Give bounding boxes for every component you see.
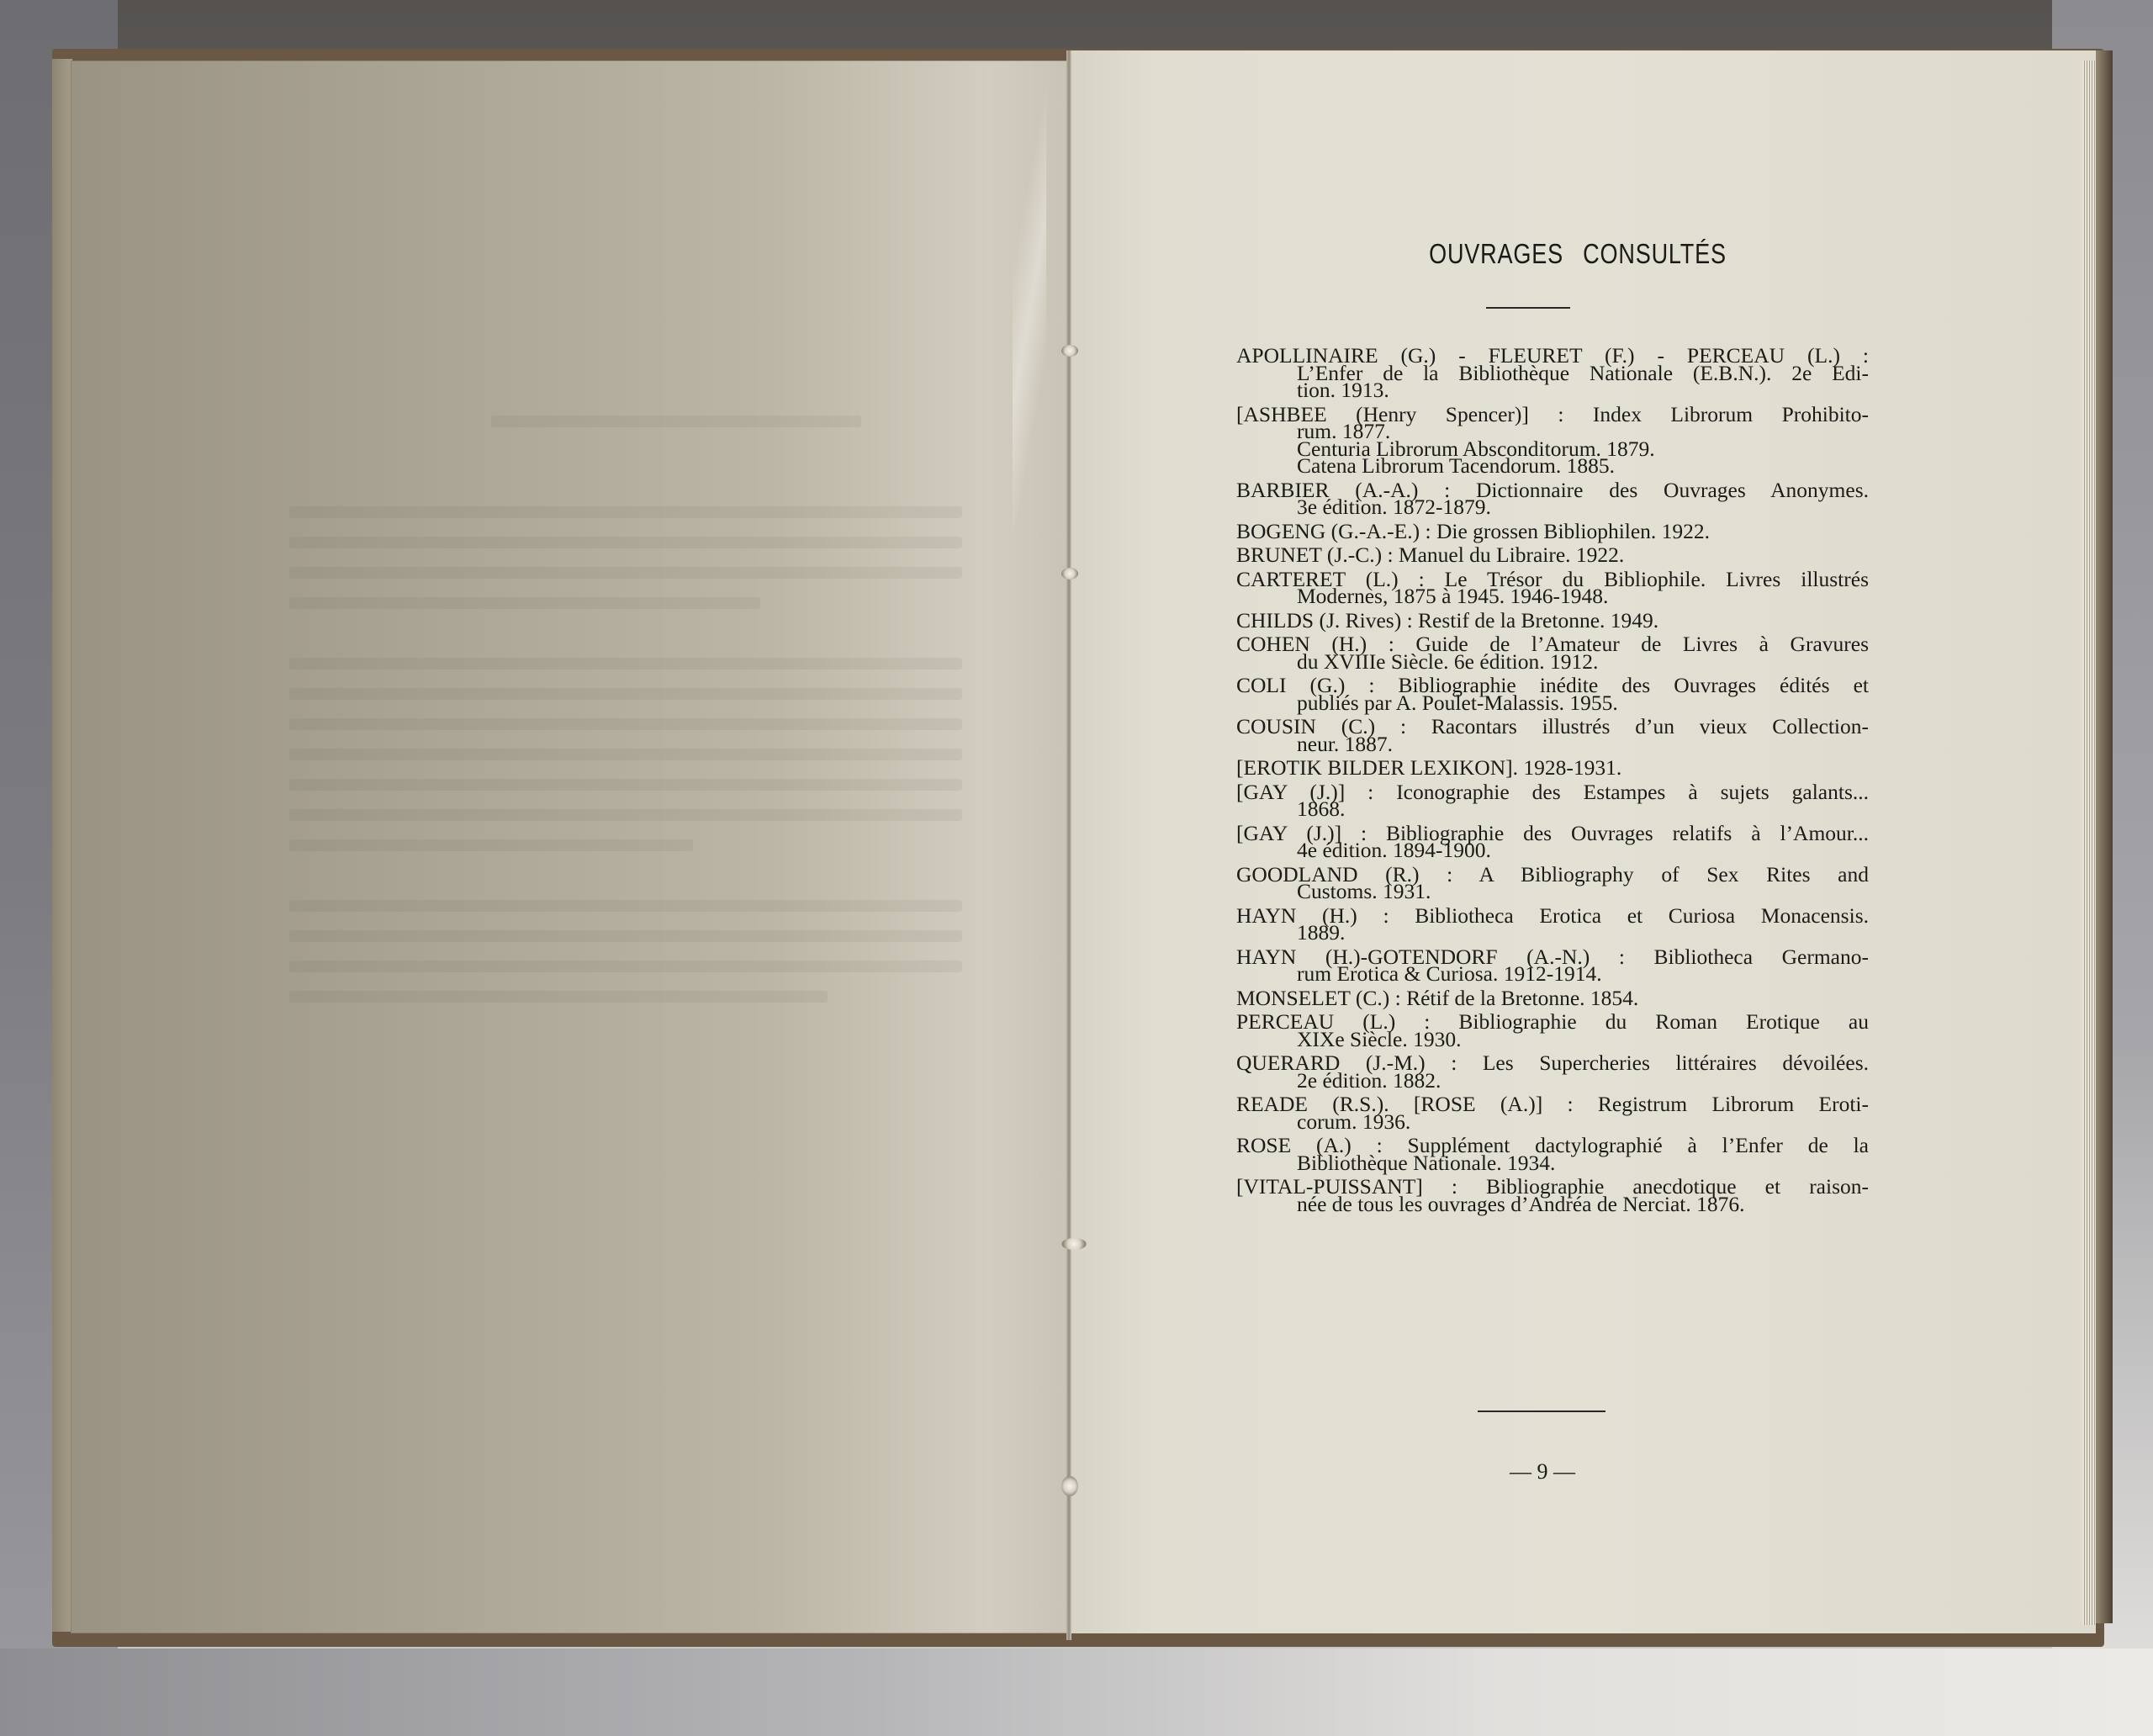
cover-right-edge [2094, 50, 2113, 1623]
entry-author-line: CHILDS (J. Rives) : Restif de la Bretonn… [1236, 612, 1869, 630]
bibliography-entry: APOLLINAIRE (G.) - FLEURET (F.) - PERCEA… [1236, 347, 1869, 400]
cover-left-edge [52, 59, 72, 1632]
bibliography-entry: PERCEAU (L.) : Bibliographie du Roman Er… [1236, 1014, 1869, 1048]
bibliography-entry: BARBIER (A.-A.) : Dictionnaire des Ouvra… [1236, 482, 1869, 516]
heading-rule [1486, 307, 1570, 309]
book-gutter [1066, 50, 1071, 1640]
closing-rule [1478, 1410, 1605, 1412]
bibliography-entry: HAYN (H.) : Bibliotheca Erotica et Curio… [1236, 908, 1869, 942]
bibliography-entry: BRUNET (J.-C.) : Manuel du Libraire. 192… [1236, 547, 1869, 564]
bibliography-entry: CHILDS (J. Rives) : Restif de la Bretonn… [1236, 612, 1869, 630]
stitch-thread [1061, 1238, 1087, 1250]
page-fold [1013, 61, 1046, 565]
left-page [71, 61, 1070, 1633]
bibliography-entry: READE (R.S.). [ROSE (A.)] : Registrum Li… [1236, 1096, 1869, 1130]
entry-author-line: BOGENG (G.-A.-E.) : Die grossen Biblioph… [1236, 523, 1869, 541]
bibliography-entry: QUERARD (J.-M.) : Les Supercheries litté… [1236, 1055, 1869, 1089]
page-edges [2082, 61, 2096, 1625]
bibliography-entry: HAYN (H.)-GOTENDORF (A.-N.) : Bibliothec… [1236, 949, 1869, 983]
bibliography-entry: [ASHBEE (Henry Spencer)] : Index Libroru… [1236, 406, 1869, 475]
stitch-thread [1061, 1476, 1078, 1496]
show-through-text [289, 397, 962, 1154]
bibliography-entry: [EROTIK BILDER LEXIKON]. 1928-1931. [1236, 759, 1869, 777]
page-heading: OUVRAGES CONSULTÉS [1158, 238, 1998, 270]
bibliography-list: APOLLINAIRE (G.) - FLEURET (F.) - PERCEA… [1236, 347, 1869, 1220]
bibliography-entry: CARTERET (L.) : Le Trésor du Bibliophile… [1236, 571, 1869, 606]
entry-author-line: BRUNET (J.-C.) : Manuel du Libraire. 192… [1236, 547, 1869, 564]
backdrop-surface [0, 1649, 2153, 1736]
bibliography-entry: GOODLAND (R.) : A Bibliography of Sex Ri… [1236, 866, 1869, 901]
page-number: — 9 — [1492, 1459, 1593, 1485]
stitch-thread [1061, 345, 1078, 357]
entry-author-line: MONSELET (C.) : Rétif de la Bretonne. 18… [1236, 990, 1869, 1008]
entry-continuation-line: Catena Librorum Tacendorum. 1885. [1236, 458, 1869, 475]
entry-author-line: [EROTIK BILDER LEXIKON]. 1928-1931. [1236, 759, 1869, 777]
bibliography-entry: COLI (G.) : Bibliographie inédite des Ou… [1236, 677, 1869, 712]
bibliography-entry: [VITAL-PUISSANT] : Bibliographie anecdot… [1236, 1178, 1869, 1213]
bibliography-entry: BOGENG (G.-A.-E.) : Die grossen Biblioph… [1236, 523, 1869, 541]
bibliography-entry: [GAY (J.)] : Iconographie des Estampes à… [1236, 784, 1869, 818]
bibliography-entry: MONSELET (C.) : Rétif de la Bretonne. 18… [1236, 990, 1869, 1008]
bibliography-entry: COUSIN (C.) : Racontars illustrés d’un v… [1236, 718, 1869, 753]
bibliography-entry: COHEN (H.) : Guide de l’Amateur de Livre… [1236, 636, 1869, 670]
bibliography-entry: ROSE (A.) : Supplément dactylographié à … [1236, 1137, 1869, 1172]
stitch-thread [1061, 568, 1078, 580]
bibliography-entry: [GAY (J.)] : Bibliographie des Ouvrages … [1236, 825, 1869, 860]
